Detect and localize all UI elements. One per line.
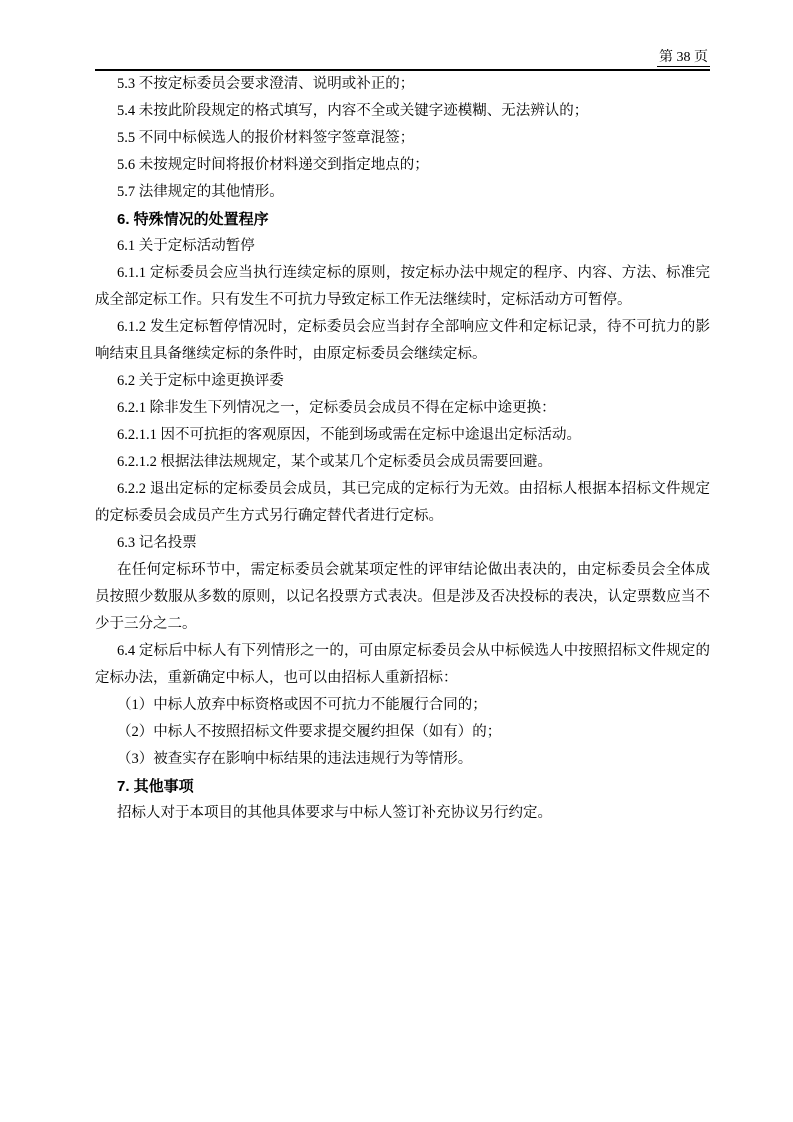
heading-6: 6. 特殊情况的处置程序: [95, 206, 710, 233]
clause-6-1-1: 6.1.1 定标委员会应当执行连续定标的原则，按定标办法中规定的程序、内容、方法…: [95, 260, 710, 314]
clause-6-3: 6.3 记名投票: [95, 530, 710, 557]
document-body: 5.3 不按定标委员会要求澄清、说明或补正的；5.4 未按此阶段规定的格式填写，…: [95, 71, 710, 827]
list-item-1: （1）中标人放弃中标资格或因不可抗力不能履行合同的；: [95, 692, 710, 719]
clause-5-3: 5.3 不按定标委员会要求澄清、说明或补正的；: [95, 71, 710, 98]
clause-6-1-2: 6.1.2 发生定标暂停情况时，定标委员会应当封存全部响应文件和定标记录，待不可…: [95, 314, 710, 368]
clause-6-1: 6.1 关于定标活动暂停: [95, 233, 710, 260]
clause-6-2-1-2: 6.2.1.2 根据法律法规规定，某个或某几个定标委员会成员需要回避。: [95, 449, 710, 476]
clause-6-4: 6.4 定标后中标人有下列情形之一的，可由原定标委员会从中标候选人中按照招标文件…: [95, 638, 710, 692]
document-page: 第 38 页 5.3 不按定标委员会要求澄清、说明或补正的；5.4 未按此阶段规…: [0, 0, 793, 1122]
clause-6-2-1: 6.2.1 除非发生下列情况之一，定标委员会成员不得在定标中途更换：: [95, 395, 710, 422]
page-header: 第 38 页: [95, 48, 710, 71]
heading-7: 7. 其他事项: [95, 773, 710, 800]
clause-6-2-1-1: 6.2.1.1 因不可抗拒的客观原因，不能到场或需在定标中途退出定标活动。: [95, 422, 710, 449]
list-item-3: （3）被查实存在影响中标结果的违法违规行为等情形。: [95, 746, 710, 773]
closing-paragraph: 招标人对于本项目的其他具体要求与中标人签订补充协议另行约定。: [95, 800, 710, 827]
clause-5-4: 5.4 未按此阶段规定的格式填写，内容不全或关键字迹模糊、无法辨认的；: [95, 98, 710, 125]
page-number: 第 38 页: [657, 50, 710, 67]
clause-6-2-2: 6.2.2 退出定标的定标委员会成员，其已完成的定标行为无效。由招标人根据本招标…: [95, 476, 710, 530]
list-item-2: （2）中标人不按照招标文件要求提交履约担保（如有）的；: [95, 719, 710, 746]
clause-6-3-body: 在任何定标环节中，需定标委员会就某项定性的评审结论做出表决的，由定标委员会全体成…: [95, 557, 710, 638]
clause-5-5: 5.5 不同中标候选人的报价材料签字签章混签；: [95, 125, 710, 152]
clause-5-6: 5.6 未按规定时间将报价材料递交到指定地点的；: [95, 152, 710, 179]
clause-6-2: 6.2 关于定标中途更换评委: [95, 368, 710, 395]
clause-5-7: 5.7 法律规定的其他情形。: [95, 179, 710, 206]
